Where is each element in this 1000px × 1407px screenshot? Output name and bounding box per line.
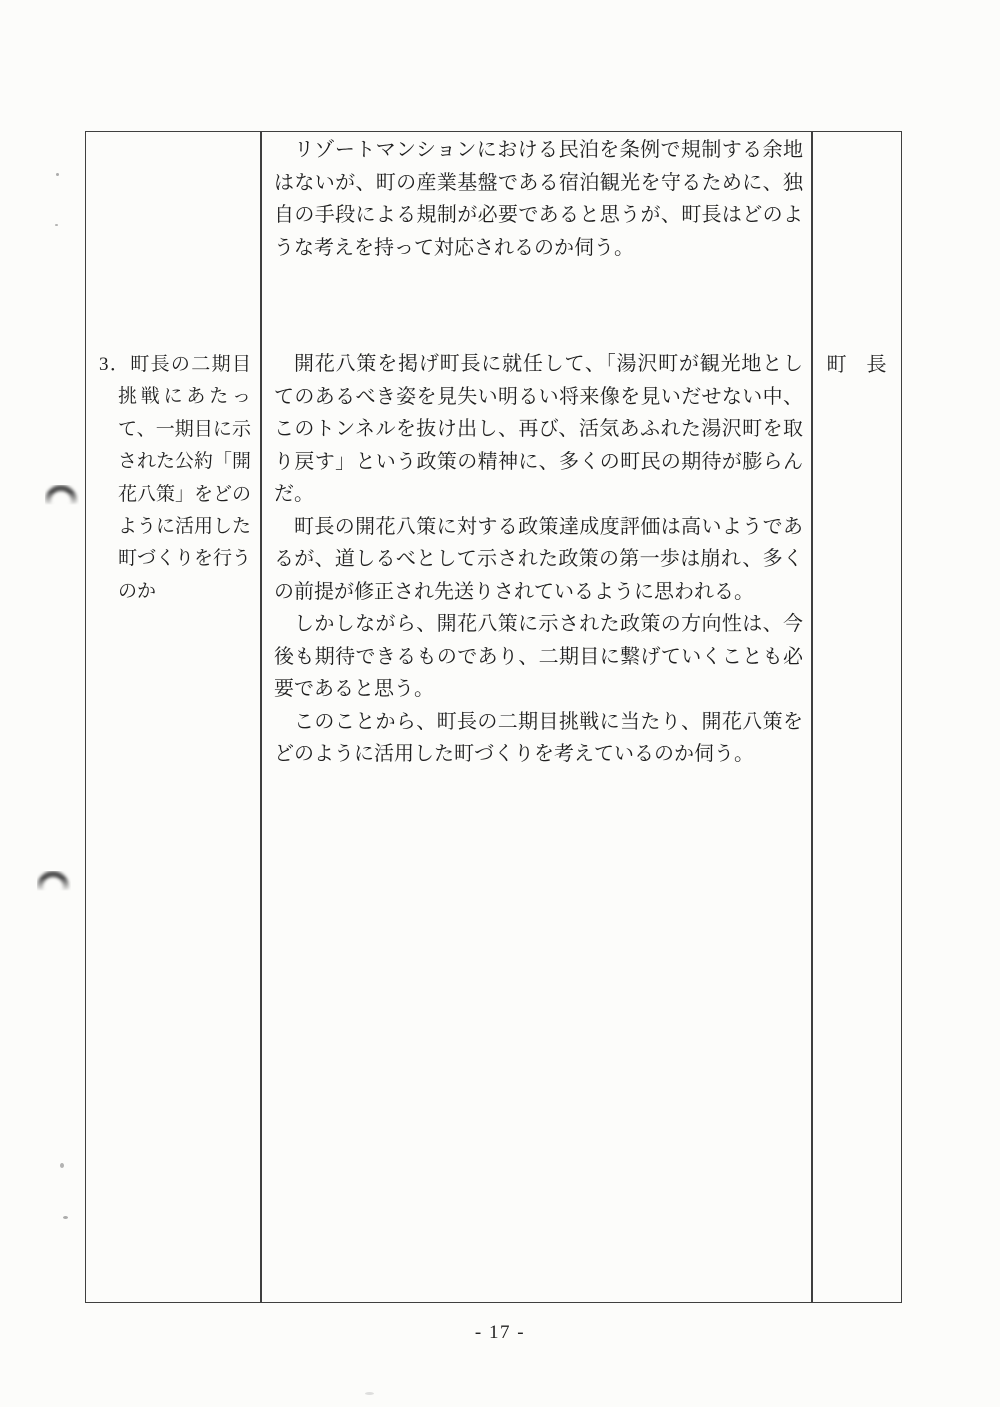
punch-hole-ring	[37, 871, 69, 891]
punch-hole-ring	[45, 485, 77, 505]
qa-table: リゾートマンションにおける民泊を条例で規制する余地はないが、町の産業基盤である宿…	[85, 131, 902, 1303]
respondent-cell-row1	[812, 132, 901, 346]
answer-paragraph: リゾートマンションにおける民泊を条例で規制する余地はないが、町の産業基盤である宿…	[274, 134, 803, 264]
question-cell-row1	[86, 132, 261, 346]
scan-speck	[63, 1216, 68, 1219]
punch-hole-mark	[37, 871, 71, 891]
respondent-label: 町 長	[827, 354, 887, 376]
answer-paragraph: 開花八策を掲げ町長に就任して、「湯沢町が観光地としてのあるべき姿を見失い明るい将…	[274, 348, 803, 511]
column-divider-1	[260, 132, 262, 1302]
respondent-cell-row2: 町 長	[812, 346, 901, 1302]
answer-paragraph: 町長の開花八策に対する政策達成度評価は高いようであるが、道しるべとして示された政…	[274, 511, 803, 609]
scan-speck	[55, 224, 58, 226]
answer-paragraph: このことから、町長の二期目挑戦に当たり、開花八策をどのように活用した町づくりを考…	[274, 706, 803, 771]
answer-cell-row2: 開花八策を掲げ町長に就任して、「湯沢町が観光地としてのあるべき姿を見失い明るい将…	[261, 346, 812, 1302]
document-page: リゾートマンションにおける民泊を条例で規制する余地はないが、町の産業基盤である宿…	[0, 0, 1000, 1407]
scan-speck	[56, 173, 59, 176]
scan-speck	[60, 1163, 64, 1168]
page-number: - 17 -	[0, 1322, 1000, 1344]
punch-hole-mark	[45, 485, 79, 505]
answer-paragraph: しかしながら、開花八策に示された政策の方向性は、今後も期待できるものであり、二期…	[274, 608, 803, 706]
answer-cell-row1: リゾートマンションにおける民泊を条例で規制する余地はないが、町の産業基盤である宿…	[261, 132, 812, 346]
question-cell-row2: 3．町長の二期目挑戦にあたって、一期目に示された公約「開花八策」をどのように活用…	[86, 346, 261, 1302]
question-text: 3．町長の二期目挑戦にあたって、一期目に示された公約「開花八策」をどのように活用…	[99, 349, 251, 608]
scan-speck	[365, 1392, 374, 1395]
column-divider-2	[811, 132, 813, 1302]
